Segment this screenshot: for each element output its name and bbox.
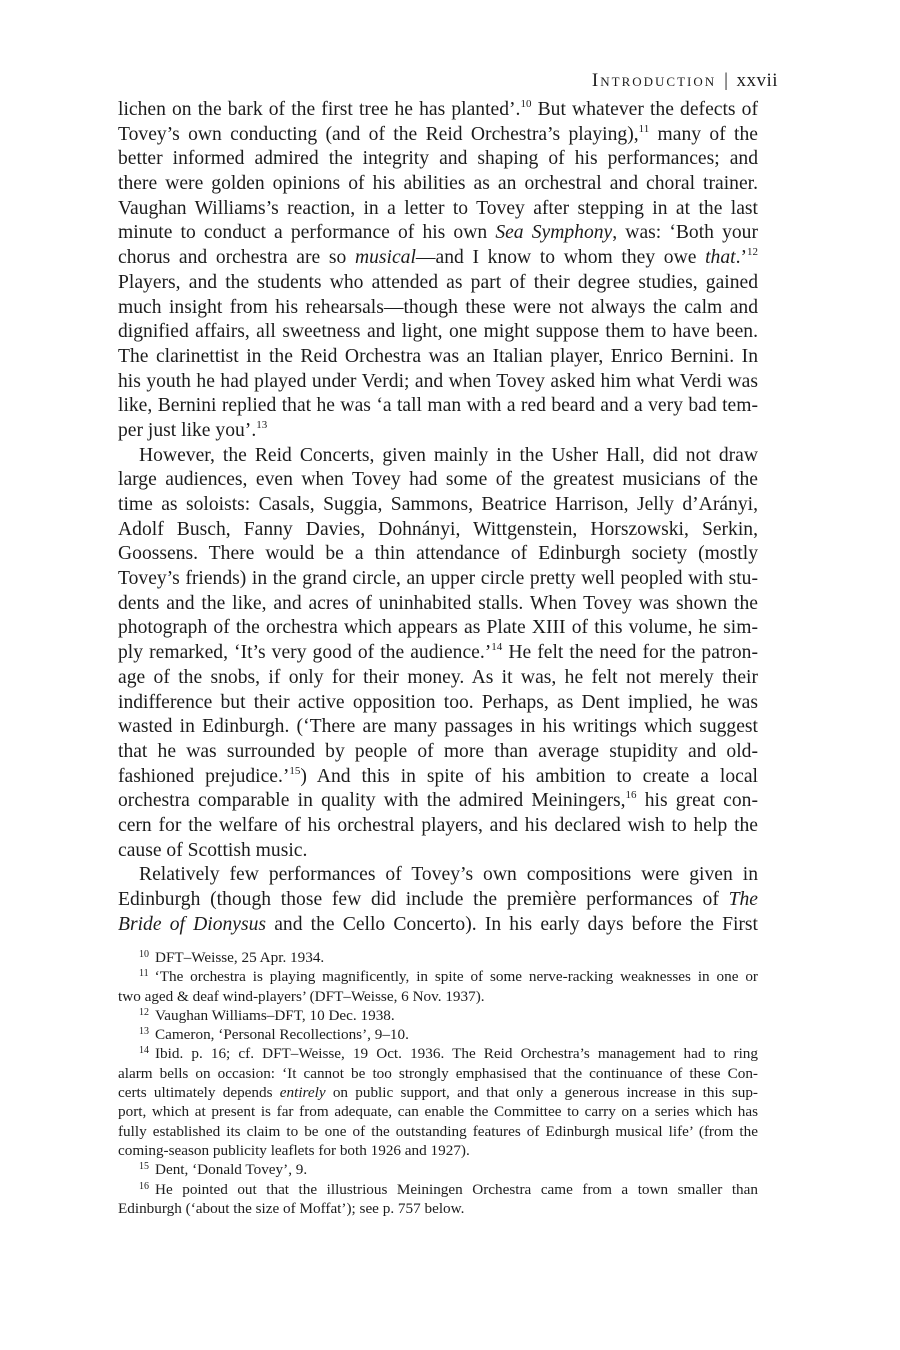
- text-run: .’: [736, 247, 747, 268]
- text-line: cause of Scottish music.: [118, 839, 758, 864]
- text-line: chorus and orchestra are so musical—and …: [118, 246, 758, 271]
- text-line: orchestra comparable in quality with the…: [118, 789, 758, 814]
- text-run: Cameron, ‘Personal Recollections’, 9–10.: [155, 1026, 409, 1043]
- text-run: on public support, and that only a gener…: [326, 1084, 758, 1101]
- text-run: his great con-: [637, 790, 759, 811]
- text-run: his youth he had played under Verdi; and…: [118, 371, 758, 392]
- italic-text: The: [729, 889, 758, 910]
- footnote-line: two aged & deaf wind-players’ (DFT–Weiss…: [118, 987, 758, 1006]
- footnote-number: 10: [139, 949, 149, 960]
- header-separator: |: [724, 70, 728, 91]
- text-line: better informed admired the integrity an…: [118, 147, 758, 172]
- body-text: lichen on the bark of the first tree he …: [118, 98, 758, 937]
- text-run: Tovey’s own conducting (and of the Reid …: [118, 124, 639, 145]
- text-line: per just like you’.13: [118, 419, 758, 444]
- text-run: certs ultimately depends: [118, 1084, 280, 1101]
- text-run: fashioned prejudice.’: [118, 766, 289, 787]
- text-run: lichen on the bark of the first tree he …: [118, 99, 520, 120]
- page-number: xxvii: [736, 70, 778, 91]
- text-run: ) And this in spite of his ambition to c…: [300, 766, 758, 787]
- text-run: large audiences, even when Tovey had som…: [118, 469, 758, 490]
- text-line: Players, and the students who attended a…: [118, 271, 758, 296]
- text-run: photograph of the orchestra which appear…: [118, 617, 758, 638]
- text-run: per just like you’.: [118, 420, 256, 441]
- footnote-number: 12: [139, 1007, 149, 1018]
- text-run: Goossens. There would be a thin attendan…: [118, 543, 758, 564]
- footnote-reference[interactable]: 14: [491, 641, 502, 653]
- text-run: Tovey’s friends) in the grand circle, an…: [118, 568, 758, 589]
- text-run: Players, and the students who attended a…: [118, 272, 758, 293]
- text-run: wasted in Edinburgh. (‘There are many pa…: [118, 716, 758, 737]
- text-run: many of the: [649, 124, 758, 145]
- text-run: like, Bernini replied that he was ‘a tal…: [118, 395, 758, 416]
- footnote-reference[interactable]: 12: [747, 246, 758, 258]
- italic-text: that: [705, 247, 735, 268]
- text-run: age of the snobs, if only for their mone…: [118, 667, 758, 688]
- footnote-line: certs ultimately depends entirely on pub…: [118, 1083, 758, 1102]
- footnote-line: alarm bells on occasion: ‘It cannot be t…: [118, 1064, 758, 1083]
- footnote-reference[interactable]: 15: [289, 765, 300, 777]
- text-line: that he was surrounded by people of more…: [118, 740, 758, 765]
- footnote-number: 13: [139, 1026, 149, 1037]
- text-line: lichen on the bark of the first tree he …: [118, 98, 758, 123]
- footnote-reference[interactable]: 13: [256, 419, 267, 431]
- footnote-line: 12Vaughan Williams–DFT, 10 Dec. 1938.: [118, 1006, 758, 1025]
- text-run: dignified affairs, all sweetness and lig…: [118, 321, 758, 342]
- italic-text: entirely: [280, 1084, 326, 1101]
- text-run: cern for the welfare of his orchestral p…: [118, 815, 758, 836]
- text-run: indifference but their active opposition…: [118, 692, 758, 713]
- text-run: cause of Scottish music.: [118, 840, 307, 861]
- text-run: ply remarked, ‘It’s very good of the aud…: [118, 642, 491, 663]
- text-line: age of the snobs, if only for their mone…: [118, 666, 758, 691]
- text-run: , was: ‘Both your: [612, 222, 758, 243]
- text-run: much insight from his rehearsals—though …: [118, 297, 758, 318]
- text-run: However, the Reid Concerts, given mainly…: [139, 445, 758, 466]
- text-run: Dent, ‘Donald Tovey’, 9.: [155, 1161, 307, 1178]
- footnotes: 10DFT–Weisse, 25 Apr. 1934.11‘The orches…: [118, 948, 758, 1218]
- text-run: dents and the like, and acres of uninhab…: [118, 593, 758, 614]
- text-run: Vaughan Williams–DFT, 10 Dec. 1938.: [155, 1007, 395, 1024]
- text-run: port, which at present is far from adequ…: [118, 1103, 758, 1120]
- text-line: Tovey’s own conducting (and of the Reid …: [118, 123, 758, 148]
- text-line: The clarinettist in the Reid Orchestra w…: [118, 345, 758, 370]
- footnote-number: 16: [139, 1181, 149, 1192]
- text-run: Edinburgh (though those few did include …: [118, 889, 729, 910]
- footnote-reference[interactable]: 11: [639, 123, 650, 135]
- footnote-line: port, which at present is far from adequ…: [118, 1102, 758, 1121]
- text-line: time as soloists: Casals, Suggia, Sammon…: [118, 493, 758, 518]
- text-line: Goossens. There would be a thin attendan…: [118, 542, 758, 567]
- text-run: Ibid. p. 16; cf. DFT–Weisse, 19 Oct. 193…: [155, 1045, 758, 1062]
- text-run: —and I know to whom they owe: [416, 247, 705, 268]
- text-line: minute to conduct a performance of his o…: [118, 221, 758, 246]
- text-run: Edinburgh (‘about the size of Moffat’); …: [118, 1200, 464, 1217]
- footnote-line: 14Ibid. p. 16; cf. DFT–Weisse, 19 Oct. 1…: [118, 1044, 758, 1063]
- text-line: Vaughan Williams’s reaction, in a letter…: [118, 197, 758, 222]
- text-run: ‘The orchestra is playing magnificently,…: [155, 968, 758, 985]
- text-run: that he was surrounded by people of more…: [118, 741, 758, 762]
- text-line: like, Bernini replied that he was ‘a tal…: [118, 394, 758, 419]
- footnote-reference[interactable]: 16: [626, 789, 637, 801]
- text-line: photograph of the orchestra which appear…: [118, 616, 758, 641]
- text-line: However, the Reid Concerts, given mainly…: [118, 444, 758, 469]
- text-line: cern for the welfare of his orchestral p…: [118, 814, 758, 839]
- text-line: ply remarked, ‘It’s very good of the aud…: [118, 641, 758, 666]
- text-line: Adolf Busch, Fanny Davies, Dohnányi, Wit…: [118, 518, 758, 543]
- footnote-number: 15: [139, 1161, 149, 1172]
- text-line: fashioned prejudice.’15) And this in spi…: [118, 765, 758, 790]
- text-line: there were golden opinions of his abilit…: [118, 172, 758, 197]
- text-run: alarm bells on occasion: ‘It cannot be t…: [118, 1065, 758, 1082]
- running-header: Introduction|xxvii: [592, 70, 778, 92]
- text-line: dignified affairs, all sweetness and lig…: [118, 320, 758, 345]
- book-page: Introduction|xxvii lichen on the bark of…: [0, 0, 900, 1350]
- italic-text: Sea Symphony: [495, 222, 612, 243]
- section-title: Introduction: [592, 70, 716, 91]
- text-line: Edinburgh (though those few did include …: [118, 888, 758, 913]
- footnote-line: 16He pointed out that the illustrious Me…: [118, 1180, 758, 1199]
- text-line: large audiences, even when Tovey had som…: [118, 468, 758, 493]
- footnote-number: 11: [139, 968, 149, 979]
- text-run: two aged & deaf wind-players’ (DFT–Weiss…: [118, 988, 485, 1005]
- text-line: Tovey’s friends) in the grand circle, an…: [118, 567, 758, 592]
- footnote-line: fully established its claim to be one of…: [118, 1122, 758, 1141]
- text-run: He pointed out that the illustrious Mein…: [155, 1181, 758, 1198]
- text-run: But whatever the defects of: [531, 99, 758, 120]
- text-run: minute to conduct a performance of his o…: [118, 222, 495, 243]
- text-run: Vaughan Williams’s reaction, in a letter…: [118, 198, 758, 219]
- footnote-reference[interactable]: 10: [520, 98, 531, 110]
- text-run: He felt the need for the patron-: [502, 642, 758, 663]
- italic-text: Bride of Dionysus: [118, 914, 266, 935]
- text-line: dents and the like, and acres of uninhab…: [118, 592, 758, 617]
- text-line: indifference but their active opposition…: [118, 691, 758, 716]
- footnote-line: 11‘The orchestra is playing magnificentl…: [118, 967, 758, 986]
- text-run: orchestra comparable in quality with the…: [118, 790, 626, 811]
- footnote-number: 14: [139, 1045, 149, 1056]
- text-line: his youth he had played under Verdi; and…: [118, 370, 758, 395]
- text-run: there were golden opinions of his abilit…: [118, 173, 758, 194]
- footnote-line: 13Cameron, ‘Personal Recollections’, 9–1…: [118, 1025, 758, 1044]
- footnote-line: 10DFT–Weisse, 25 Apr. 1934.: [118, 948, 758, 967]
- text-run: The clarinettist in the Reid Orchestra w…: [118, 346, 758, 367]
- text-line: much insight from his rehearsals—though …: [118, 296, 758, 321]
- text-line: wasted in Edinburgh. (‘There are many pa…: [118, 715, 758, 740]
- footnote-line: 15Dent, ‘Donald Tovey’, 9.: [118, 1160, 758, 1179]
- text-run: chorus and orchestra are so: [118, 247, 355, 268]
- text-line: Relatively few performances of Tovey’s o…: [118, 863, 758, 888]
- text-run: Relatively few performances of Tovey’s o…: [139, 864, 758, 885]
- text-run: time as soloists: Casals, Suggia, Sammon…: [118, 494, 758, 515]
- footnote-line: Edinburgh (‘about the size of Moffat’); …: [118, 1199, 758, 1218]
- italic-text: musical: [355, 247, 416, 268]
- text-run: DFT–Weisse, 25 Apr. 1934.: [155, 949, 324, 966]
- text-line: Bride of Dionysus and the Cello Concerto…: [118, 913, 758, 938]
- text-run: better informed admired the integrity an…: [118, 148, 758, 169]
- text-run: coming-season publicity leaflets for bot…: [118, 1142, 470, 1159]
- text-run: and the Cello Concerto). In his early da…: [266, 914, 758, 935]
- text-run: Adolf Busch, Fanny Davies, Dohnányi, Wit…: [118, 519, 758, 540]
- text-run: fully established its claim to be one of…: [118, 1123, 758, 1140]
- footnote-line: coming-season publicity leaflets for bot…: [118, 1141, 758, 1160]
